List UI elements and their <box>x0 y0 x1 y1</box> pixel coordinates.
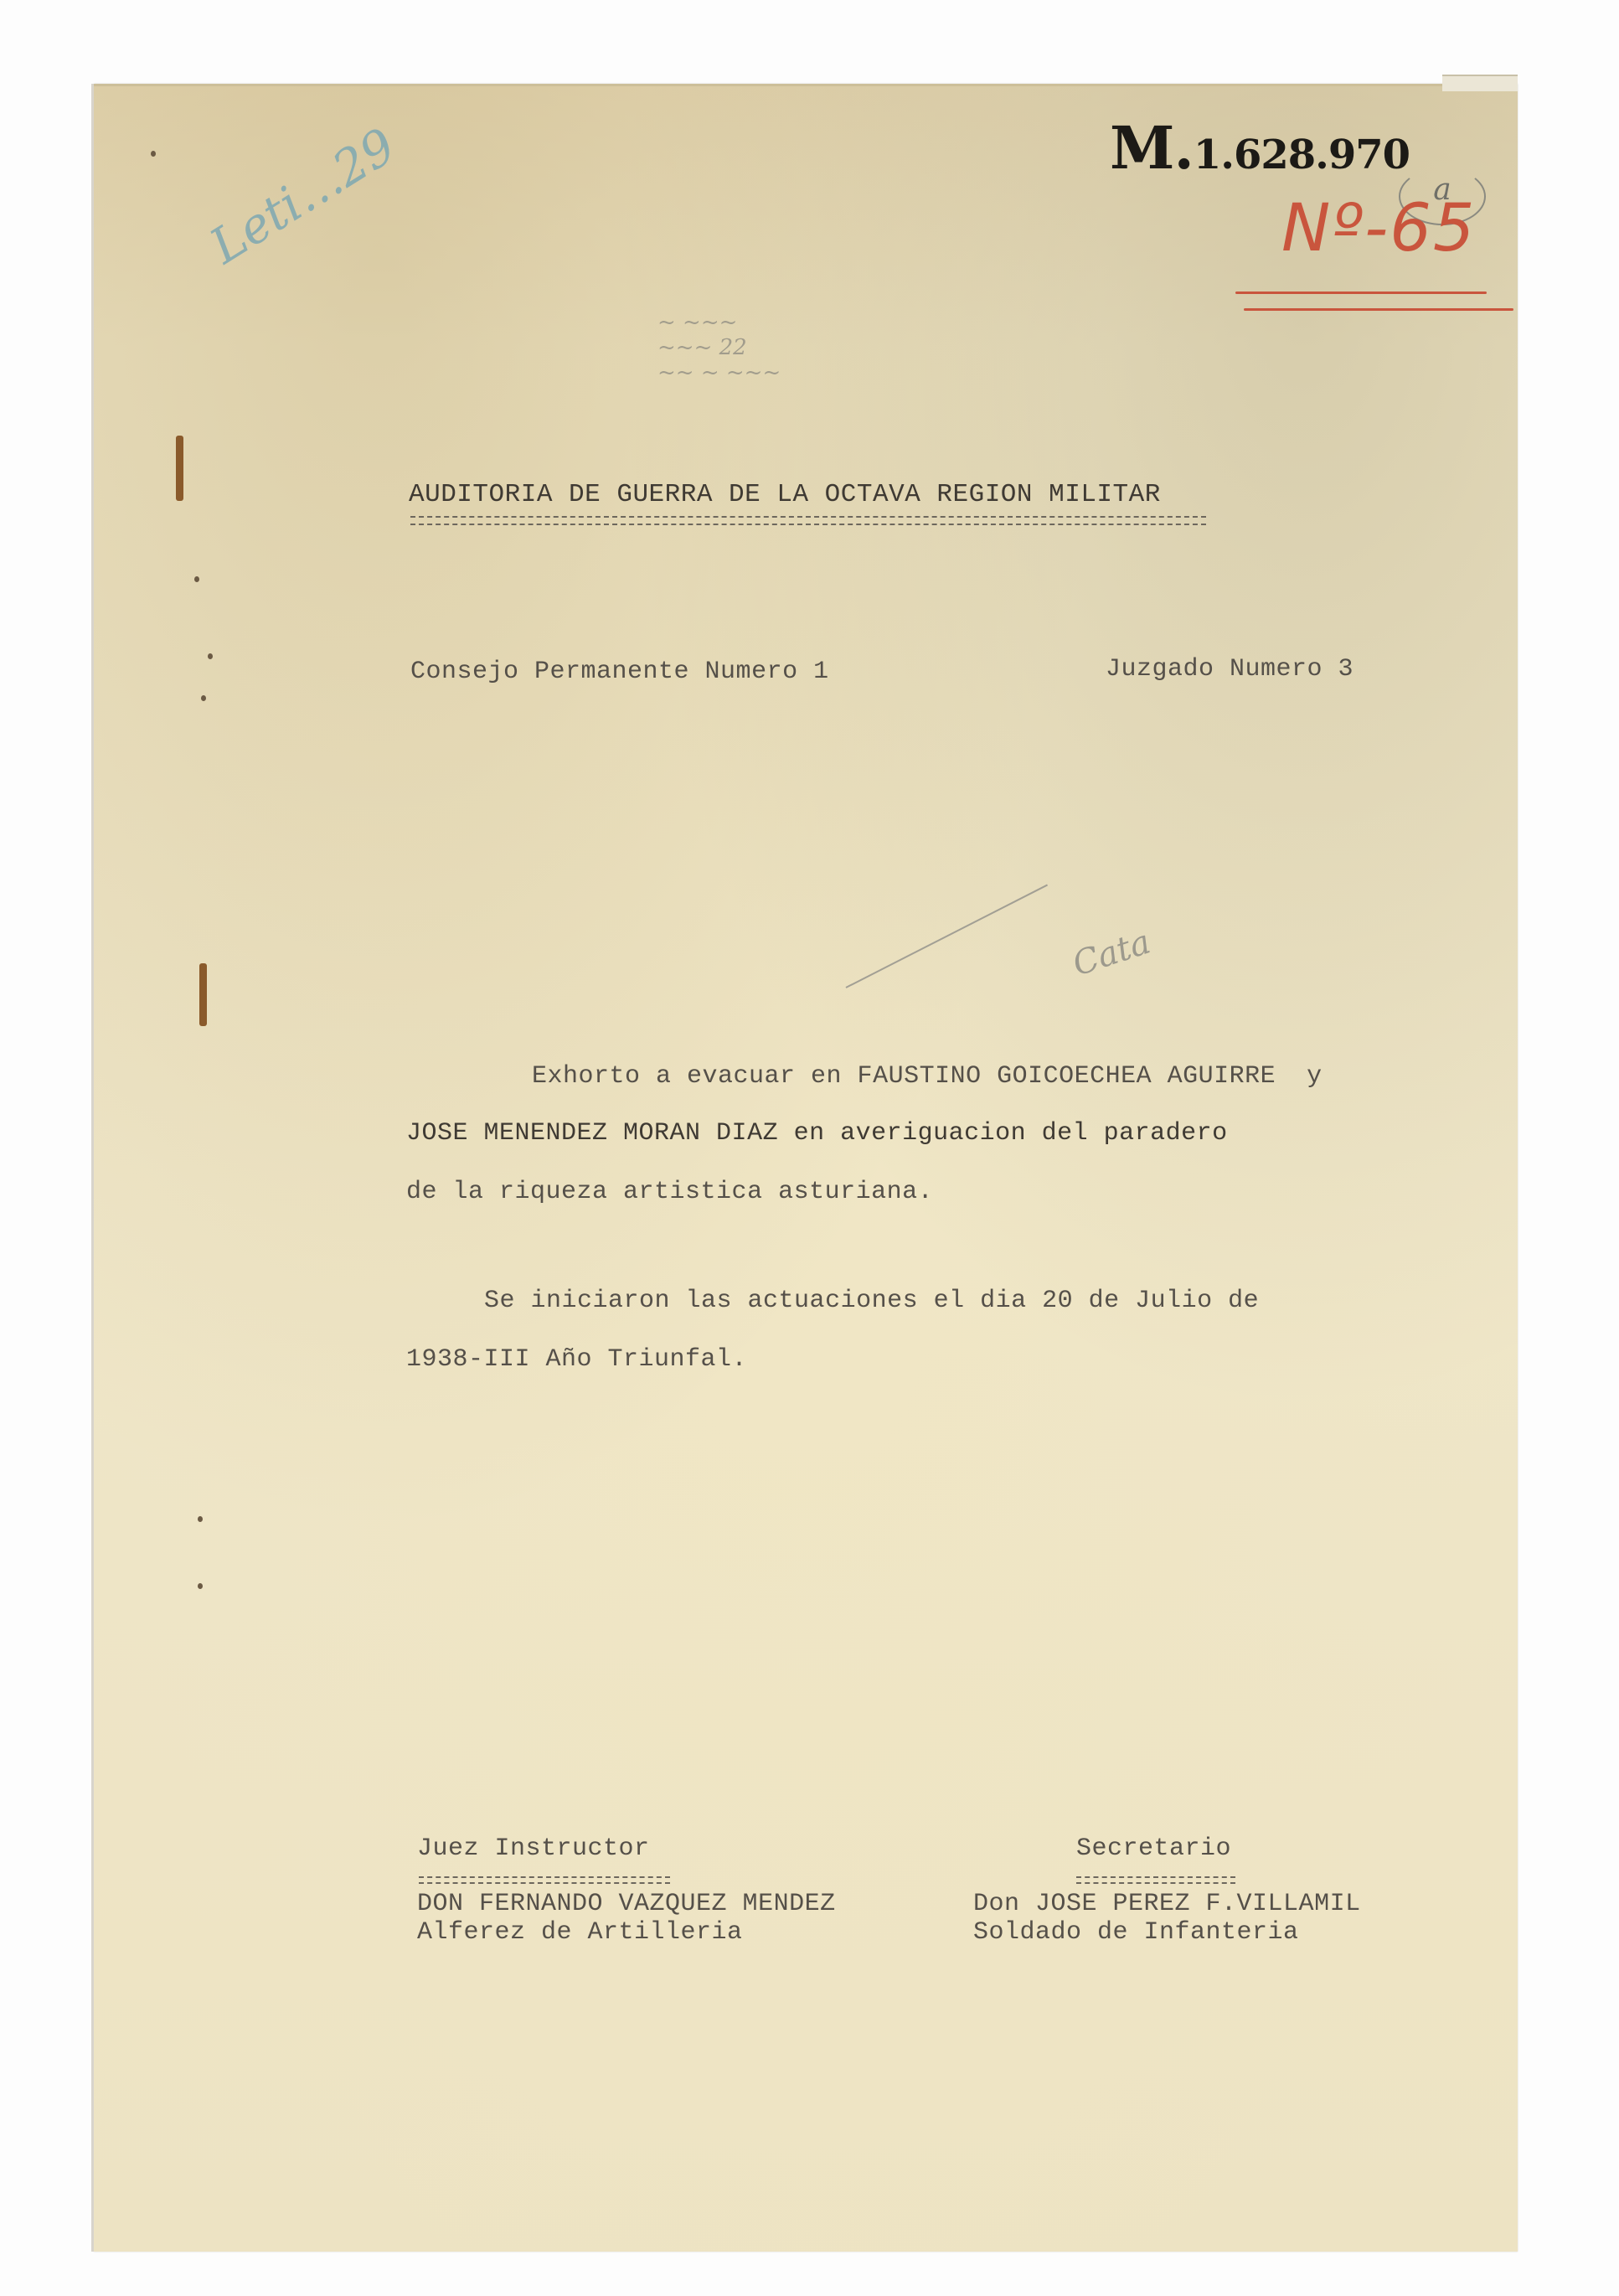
body-line: Exhorto a evacuar en FAUSTINO GOICOECHEA… <box>532 1062 1323 1091</box>
secretary-rank: Soldado de Infanteria <box>973 1918 1299 1947</box>
archive-stamp: M.1.628.970 <box>1110 113 1410 183</box>
secretary-title: Secretario <box>1076 1834 1231 1863</box>
secretary-title-rule <box>1076 1876 1235 1884</box>
pencil-scribble: ~ ~~~ ~~~ 22 ~~ ~ ~~~ <box>657 310 781 385</box>
judge-title-rule <box>419 1876 670 1884</box>
date-line: 1938-III Año Triunfal. <box>406 1345 747 1374</box>
red-underline <box>1244 308 1513 311</box>
binding-staple-bottom <box>199 963 207 1026</box>
judge-name: DON FERNANDO VAZQUEZ MENDEZ <box>417 1890 836 1918</box>
heading-double-rule <box>410 516 1206 525</box>
red-file-number: Nº-65 <box>1281 191 1477 266</box>
judge-title: Juez Instructor <box>417 1834 650 1863</box>
body-line: de la riqueza artistica asturiana. <box>406 1178 933 1206</box>
court-label: Juzgado Numero 3 <box>1106 655 1353 684</box>
red-underline <box>1235 292 1487 294</box>
binding-hole <box>208 653 213 659</box>
council-label: Consejo Permanente Numero 1 <box>410 658 829 686</box>
binding-hole <box>151 151 156 157</box>
binding-hole <box>194 576 199 582</box>
scribble-line: ~~~ 22 <box>657 335 781 360</box>
scribble-line: ~~ ~ ~~~ <box>657 360 781 385</box>
torn-corner <box>1442 75 1518 91</box>
secretary-name: Don JOSE PEREZ F.VILLAMIL <box>973 1890 1361 1918</box>
document-page <box>94 84 1518 2252</box>
document-heading: AUDITORIA DE GUERRA DE LA OCTAVA REGION … <box>409 480 1161 509</box>
scribble-line: ~ ~~~ <box>657 310 781 335</box>
binding-hole <box>198 1516 203 1522</box>
judge-rank: Alferez de Artilleria <box>417 1918 743 1947</box>
binding-staple-top <box>176 436 183 501</box>
stamp-digits: 1.628.970 <box>1194 132 1410 178</box>
stamp-prefix: M. <box>1110 113 1194 183</box>
binding-hole <box>201 695 206 701</box>
binding-hole <box>198 1583 203 1589</box>
date-line: Se iniciaron las actuaciones el dia 20 d… <box>484 1287 1259 1315</box>
body-line: JOSE MENENDEZ MORAN DIAZ en averiguacion… <box>406 1119 1228 1148</box>
